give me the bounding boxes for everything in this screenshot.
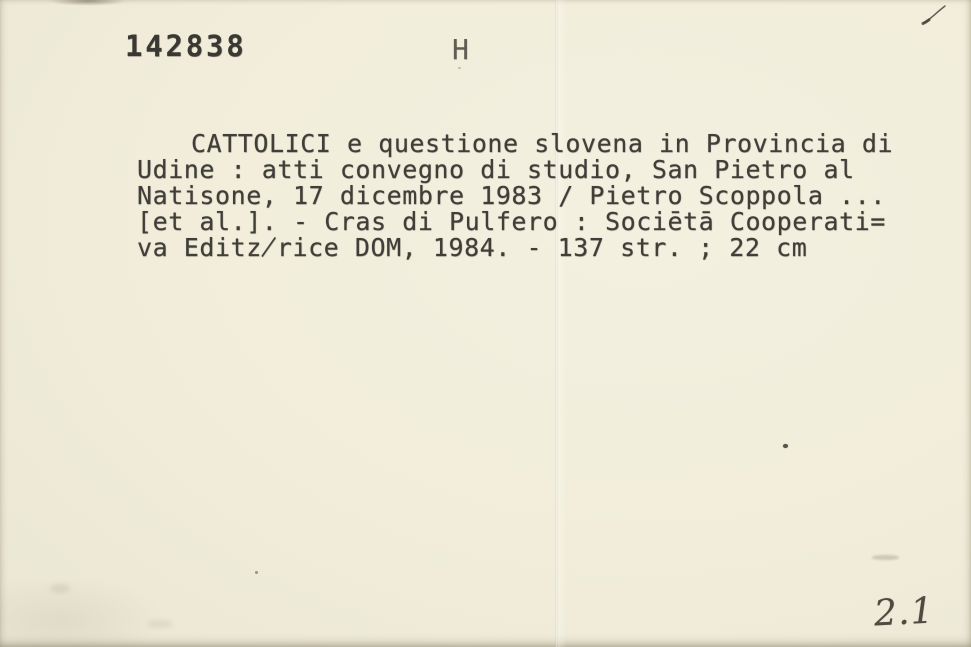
ink-speck	[458, 67, 461, 69]
ink-dot	[783, 444, 788, 448]
entry-line: Udine : atti convegno di studio, San Pie…	[137, 157, 893, 183]
card-paper-background	[0, 0, 971, 647]
fold-highlight	[558, 0, 567, 647]
paper-stain	[147, 620, 173, 628]
call-number: 142838	[125, 29, 247, 63]
bibliographic-entry: CATTOLICI e questione slovena in Provinc…	[137, 131, 893, 261]
entry-line: [et al.]. - Cras di Pulfero : Sociētā Co…	[137, 209, 893, 235]
ink-dot	[255, 571, 258, 574]
handwritten-pencil-note: 2.1	[873, 590, 935, 634]
paper-stain	[50, 584, 70, 593]
heading-letter: H	[452, 33, 469, 66]
entry-line: va Editz̸rice DOM, 1984. - 137 str. ; 22…	[137, 235, 893, 261]
pencil-smudge	[872, 555, 899, 560]
entry-line: CATTOLICI e questione slovena in Provinc…	[137, 131, 893, 157]
catalog-card-scan: 142838 H CATTOLICI e questione slovena i…	[0, 0, 971, 647]
entry-line: Natisone, 17 dicembre 1983 / Pietro Scop…	[137, 183, 893, 209]
pen-tick-mark	[918, 2, 952, 28]
